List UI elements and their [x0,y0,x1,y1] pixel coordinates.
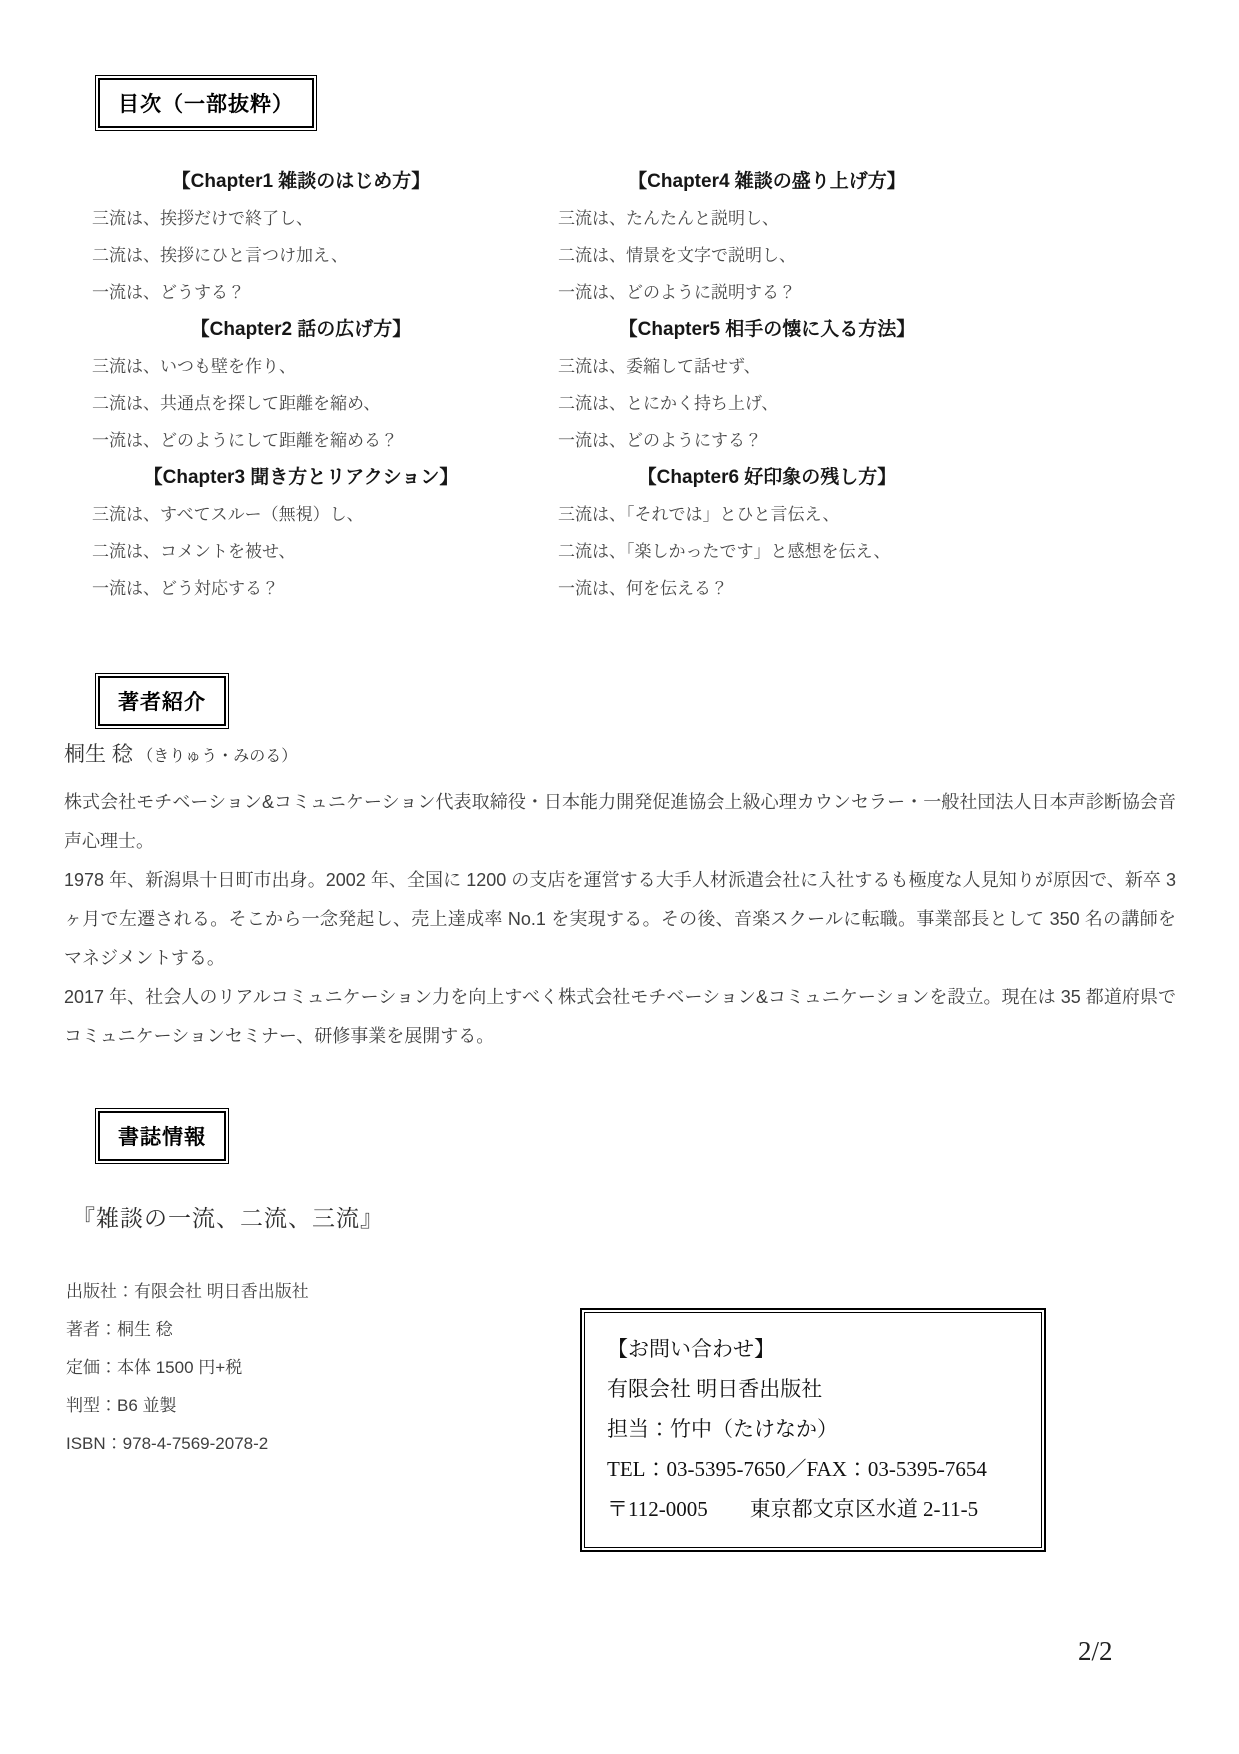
chapter-line: 三流は、いつも壁を作り、 [86,348,516,385]
toc-heading: 目次（一部抜粋） [98,78,314,128]
book-title: 『雑談の一流、二流、三流』 [72,1200,384,1233]
contact-person: 担当：竹中（たけなか） [607,1409,1023,1449]
bibliography-detail-publisher: 出版社：有限会社 明日香出版社 [66,1273,309,1311]
chapter-line: 一流は、どうする？ [86,274,516,311]
chapter-line: 三流は、「それでは」とひと言伝え、 [552,496,982,533]
toc-column-right: 【Chapter4 雑談の盛り上げ方】 三流は、たんたんと説明し、 二流は、情景… [552,163,982,607]
chapter-title: 【Chapter2 話の広げ方】 [86,311,516,348]
author-bio: 株式会社モチベーション&コミュニケーション代表取締役・日本能力開発促進協会上級心… [64,783,1176,1056]
contact-company: 有限会社 明日香出版社 [607,1369,1023,1409]
bibliography-detail-author: 著者：桐生 稔 [66,1311,309,1349]
chapter-line: 二流は、情景を文字で説明し、 [552,237,982,274]
chapter-line: 二流は、「楽しかったです」と感想を伝え、 [552,533,982,570]
contact-box: 【お問い合わせ】 有限会社 明日香出版社 担当：竹中（たけなか） TEL：03-… [580,1308,1046,1552]
toc-heading-box: 目次（一部抜粋） [95,75,317,131]
document-page: 目次（一部抜粋） 【Chapter1 雑談のはじめ方】 三流は、挨拶だけで終了し… [0,0,1239,1754]
author-bio-paragraph: 1978 年、新潟県十日町市出身。2002 年、全国に 1200 の支店を運営す… [64,861,1176,978]
bibliography-detail-price: 定価：本体 1500 円+税 [66,1349,309,1387]
author-heading: 著者紹介 [98,676,226,726]
chapter-line: 一流は、どのように説明する？ [552,274,982,311]
author-bio-paragraph: 株式会社モチベーション&コミュニケーション代表取締役・日本能力開発促進協会上級心… [64,783,1176,861]
chapter-line: 二流は、挨拶にひと言つけ加え、 [86,237,516,274]
chapter-title: 【Chapter3 聞き方とリアクション】 [86,459,516,496]
toc-column-left: 【Chapter1 雑談のはじめ方】 三流は、挨拶だけで終了し、 二流は、挨拶に… [86,163,516,607]
contact-heading: 【お問い合わせ】 [607,1329,1023,1369]
author-heading-box: 著者紹介 [95,673,229,729]
bibliography-heading-box: 書誌情報 [95,1108,229,1164]
page-number: 2/2 [1078,1636,1113,1667]
author-name-kana: （きりゅう・みのる） [137,748,297,765]
chapter-line: 一流は、何を伝える？ [552,570,982,607]
contact-address: 〒112-0005 東京都文京区水道 2-11-5 [607,1489,1023,1529]
chapter-line: 三流は、たんたんと説明し、 [552,200,982,237]
chapter-line: 一流は、どう対応する？ [86,570,516,607]
chapter-title: 【Chapter6 好印象の残し方】 [552,459,982,496]
bibliography-detail-isbn: ISBN：978-4-7569-2078-2 [66,1425,309,1463]
chapter-line: 一流は、どのようにする？ [552,422,982,459]
chapter-line: 二流は、とにかく持ち上げ、 [552,385,982,422]
chapter-line: 二流は、共通点を探して距離を縮め、 [86,385,516,422]
contact-tel-fax: TEL：03-5395-7650／FAX：03-5395-7654 [607,1449,1023,1489]
author-name: 桐生 稔 [64,743,133,766]
bibliography-detail-format: 判型：B6 並製 [66,1387,309,1425]
chapter-line: 三流は、すべてスルー（無視）し、 [86,496,516,533]
chapter-line: 一流は、どのようにして距離を縮める？ [86,422,516,459]
bibliography-details: 出版社：有限会社 明日香出版社 著者：桐生 稔 定価：本体 1500 円+税 判… [66,1273,309,1463]
chapter-line: 三流は、委縮して話せず、 [552,348,982,385]
chapter-line: 二流は、コメントを被せ、 [86,533,516,570]
author-name-line: 桐生 稔 （きりゅう・みのる） [64,738,297,768]
contact-box-inner: 【お問い合わせ】 有限会社 明日香出版社 担当：竹中（たけなか） TEL：03-… [584,1312,1042,1548]
bibliography-heading: 書誌情報 [98,1111,226,1161]
author-bio-paragraph: 2017 年、社会人のリアルコミュニケーション力を向上すべく株式会社モチベーショ… [64,978,1176,1056]
chapter-title: 【Chapter4 雑談の盛り上げ方】 [552,163,982,200]
chapter-line: 三流は、挨拶だけで終了し、 [86,200,516,237]
chapter-title: 【Chapter5 相手の懐に入る方法】 [552,311,982,348]
chapter-title: 【Chapter1 雑談のはじめ方】 [86,163,516,200]
